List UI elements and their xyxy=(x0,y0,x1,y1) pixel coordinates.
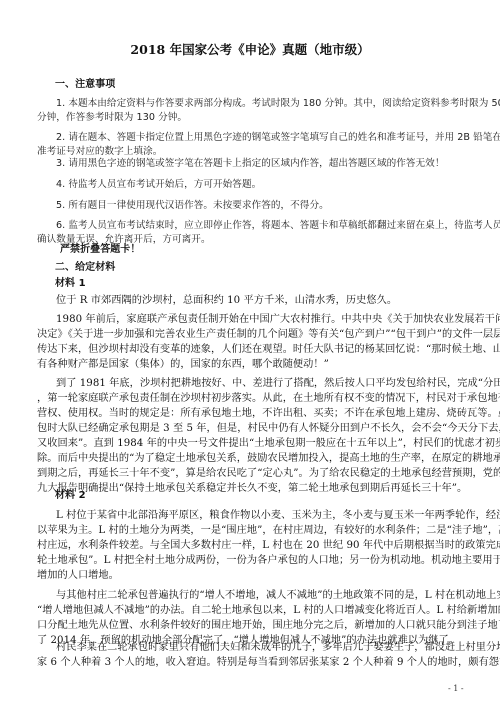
notice-item-4: 4. 待监考人员宣布考试开始后，方可开始答题。 xyxy=(56,178,261,192)
section-heading-materials: 二、给定材料 xyxy=(55,261,115,275)
document-title: 2018 年国家公考《申论》真题（地市级） xyxy=(0,40,500,58)
material-2-para-3-line-2: 家 6 个人种着 3 个人的地，收入窘迫。特别是每当看到邻居张某家 2 个人种着… xyxy=(37,656,500,670)
material-2-para-2-line-3: 口分配土地先从位置、水利条件较好的围庄地开始，围庄地分完之后，新增加的人口就只能… xyxy=(37,619,500,633)
material-1-para-3-line-1: 到了 1981 年底，沙坝村把耕地按好、中、差进行了搭配，然后按人口平均发包给村… xyxy=(56,377,500,391)
notice-item-1-line-2: 分钟，作答参考时限为 130 分钟。 xyxy=(37,111,187,125)
material-2-para-1-line-2: 以苹果为主。L 村的土地分为两类，一是“围庄地”，在村庄周边，有较好的水利条件；… xyxy=(37,524,500,538)
material-1-para-3-line-4: 包时大队已经确定承包期是 3 至 5 年，但是，村民中仍有人怀疑分田到户不长久，… xyxy=(37,422,500,436)
material-2-para-2-line-2: “增人增地但减人不减地”的办法。自二轮土地承包以来，L 村的人口增减变化将近百人… xyxy=(37,604,500,618)
material-1-label: 材料 1 xyxy=(55,277,86,291)
material-1-para-2-line-3: 传达下来，但沙坝村却没有变革的迹象，人们还在观望。时任大队书记的杨某回忆说：“那… xyxy=(37,343,500,357)
material-1-para-1: 位于 R 市郊西隅的沙坝村，总面积约 10 平方千米，山清水秀，历史悠久。 xyxy=(56,294,397,308)
material-2-para-1-line-4: 轮土地承包”。L 村把全村土地分成两份，一份为各户承包的人口地；另一份为机动地。… xyxy=(37,554,500,568)
notice-item-1-line-1: 1. 本题本由给定资料与作答要求两部分构成。考试时限为 180 分钟。其中，阅读… xyxy=(56,97,500,111)
material-2-para-2-line-1: 与其他村庄二轮承包普遍执行的“增人不增地，减人不减地”的土地政策不同的是，L 村… xyxy=(56,589,500,603)
material-2-para-1-line-1: L 村位于某省中北部沿海平原区，粮食作物以小麦、玉米为主，冬小麦与夏玉米一年两季… xyxy=(56,509,500,523)
document-page: 2018 年国家公考《申论》真题（地市级） 一、注意事项 1. 本题本由给定资料… xyxy=(0,0,500,707)
notice-item-5: 5. 所有题目一律使用现代汉语作答。未按要求作答的，不得分。 xyxy=(56,199,329,213)
material-1-para-3-line-8: 九大报告明确提出“保持土地承包关系稳定并长久不变，第二轮土地承包到期后再延长三十… xyxy=(37,482,467,496)
material-1-para-2-line-2: 决定》《关于进一步加强和完善农业生产责任制的几个问题》等有关“包产到户”“包干到… xyxy=(37,328,500,342)
material-2-para-1-line-3: 村庄远，水利条件较差。与全国大多数村庄一样，L 村也在 20 世纪 90 年代中… xyxy=(37,539,500,553)
material-1-para-3-line-7: 到期之后，再延长三十年不变”，算是给农民吃了“定心丸”。为了给农民稳定的土地承包… xyxy=(37,467,500,481)
notice-item-6-line-1: 6. 监考人员宣布考试结束时，应立即停止作答，将题本、答题卡和草稿纸都翻过来留在… xyxy=(56,219,500,233)
material-2-label: 材料 2 xyxy=(55,489,86,503)
material-1-para-3-line-3: 营权、使用权。当时的规定是：所有承包地土地，不许出租、买卖；不许在承包地上建房、… xyxy=(37,407,500,421)
material-1-para-2-line-1: 1980 年前后，家庭联产承包责任制开始在中国广大农村推行。中共中央《关于加快农… xyxy=(56,313,500,327)
material-2-para-1-line-5: 增加的人口增地。 xyxy=(37,569,119,583)
section-heading-notice: 一、注意事项 xyxy=(55,78,115,92)
notice-item-2-line-1: 2. 请在题本、答题卡指定位置上用黑色字迹的钢笔或签字笔填写自己的姓名和准考证号… xyxy=(56,131,500,145)
warning-text: 严禁折叠答题卡！ xyxy=(60,243,140,257)
page-number: - 1 - xyxy=(448,684,464,693)
material-2-para-3-line-1: 村民李某在二轮承包时家里只有他们夫妇和未成年的儿子，多年后儿子娶妻生子，都没赶上… xyxy=(56,641,500,655)
material-1-para-3-line-6: 除。而后中央提出的“为了稳定土地承包关系，鼓励农民增加投入，提高土地的生产率，在… xyxy=(37,452,500,466)
material-1-para-3-line-2: ，第一轮家庭联产承包责任制在沙坝村初步落实。从此，在土地所有权不变的情况下，村民… xyxy=(37,392,500,406)
material-1-para-3-line-5: 又收回来”。直到 1984 年的中央一号文件提出“土地承包期一般应在十五年以上”… xyxy=(37,437,500,451)
material-1-para-2-line-4: 有各种财产都是国家（集体）的，国家的东西，哪个敢随便动！” xyxy=(37,358,329,372)
notice-item-3: 3. 请用黑色字迹的钢笔或签字笔在答题卡上指定的区域内作答，超出答题区域的作答无… xyxy=(56,157,444,171)
